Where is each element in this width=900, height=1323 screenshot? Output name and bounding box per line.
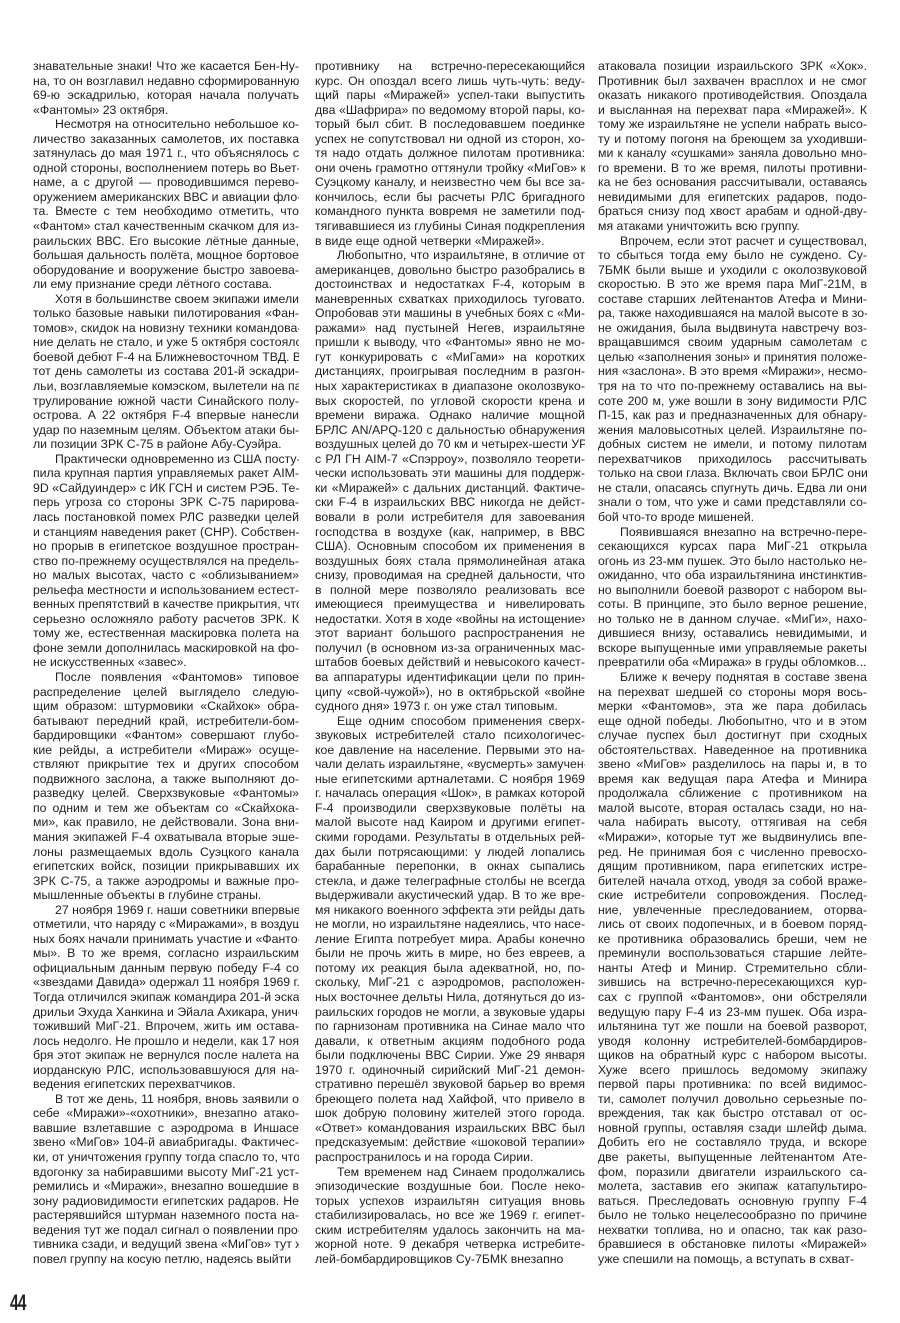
text-line: тивника сзади, и ведущий звена «МиГов» т… xyxy=(33,1237,299,1252)
text-line: были подключены ВВС Сирии. Уже 29 января xyxy=(315,1048,585,1063)
text-line: жорной ноте. 9 декабря четверка истребит… xyxy=(315,1237,585,1252)
text-line: ЗРК С-75, а также аэродромы и важные про… xyxy=(33,874,299,889)
text-line: имеющиеся преимущества и нивелировать xyxy=(315,597,585,612)
text-line: венных препятствий в качестве прикрытия,… xyxy=(33,597,299,612)
text-line: фоне земли дополнилась маскировкой на фо… xyxy=(33,641,299,656)
text-line: ваться. Преследовать основную группу F-4 xyxy=(598,1194,867,1209)
text-line: П-15, как раз и предназначенных для обна… xyxy=(598,408,867,423)
text-line: В тот же день, 11 ноября, вновь заявили … xyxy=(33,1092,299,1107)
text-line: господства в воздухе (как, например, в В… xyxy=(315,525,585,540)
text-line: шок добрую половину жителей этого города… xyxy=(315,1106,585,1121)
text-line: но прорыв в египетское воздушное простра… xyxy=(33,539,299,554)
text-line: бреющего полета над Хайфой, что привело … xyxy=(315,1092,585,1107)
text-line: предсказуемым: действие «шоковой терапии… xyxy=(315,1135,585,1150)
text-line: Опробовав эти машины в учебных боях с «М… xyxy=(315,306,585,321)
paragraph: Еще одним способом применения сверх-звук… xyxy=(315,714,585,1165)
text-line: подвижного заслона, а также выполняют до… xyxy=(33,772,299,787)
text-line: торых успехов израильтян ситуация вновь xyxy=(315,1194,585,1209)
text-line: разведку целей. Сверхзвуковые «Фантомы» xyxy=(33,786,299,801)
text-line: этот вариант большого распространения не xyxy=(315,626,585,641)
text-line: ли позиции ЗРК С-75 в районе Абу-Суэйра. xyxy=(33,437,299,452)
text-line: Хуже всего пришлось ведомому экипажу xyxy=(598,1063,867,1078)
text-line: достоинствах и недостатках F-4, которым … xyxy=(315,277,585,292)
text-line: пила крупная партия управляемых ракет AI… xyxy=(33,466,299,481)
paragraph: Впрочем, если этот расчет и существовал,… xyxy=(598,234,867,525)
text-line: томов», скидок на новизну техники команд… xyxy=(33,321,299,336)
text-line: мания экипажей F-4 охватывала вторые эше… xyxy=(33,830,299,845)
text-line: эпизодические воздушные бои. После неко- xyxy=(315,1179,585,1194)
text-line: ским истребителям удалось закончить на м… xyxy=(315,1223,585,1238)
text-line: пришли к выводу, что «Фантомы» явно не м… xyxy=(315,335,585,350)
text-line: оружением американских ВВС и авиации фло… xyxy=(33,190,299,205)
text-line: кие рейды, а истребители «Мираж» осуще- xyxy=(33,743,299,758)
text-line: первой пары противника: по всей видимос- xyxy=(598,1077,867,1092)
text-line: БРЛС AN/APQ-120 с дальностью обнаружения xyxy=(315,423,585,438)
text-line: в виде еще одной четверки «Миражей». xyxy=(315,234,585,249)
text-line: ражами» над пустыней Негев, израильтяне xyxy=(315,321,585,336)
text-line: лей-бомбардировщиков Су-7БМК внезапно xyxy=(315,1252,585,1267)
text-line: дах были потрясающими: у людей лопались xyxy=(315,845,585,860)
paragraph: знавательные знаки! Что же касается Бен-… xyxy=(33,59,299,117)
page-number: 44 xyxy=(10,1290,26,1316)
text-line: ские истребители сопровождения. Послед- xyxy=(598,888,867,903)
text-line: перь угроза со стороны ЗРК С-75 парирова… xyxy=(33,495,299,510)
text-line: мерки «Фантомов», эта же пара добилась xyxy=(598,699,867,714)
text-line: себе «Миражи»-«охотники», внезапно атако… xyxy=(33,1106,299,1121)
text-line: раильских ВВС. Его высокие лётные данные… xyxy=(33,234,299,249)
text-line: уводя колонну истребителей-бомбардиров- xyxy=(598,1034,867,1049)
text-line: лоны размещаемых вдоль Суэцкого канала xyxy=(33,845,299,860)
text-line: ки «Миражей» с дальних дистанций. Фактич… xyxy=(315,481,585,496)
text-line: 69-ю эскадрилью, которая начала получать xyxy=(33,88,299,103)
text-line: мя атаками уничтожить всю группу. xyxy=(598,219,867,234)
text-line: дящим противником, пара египетских истре… xyxy=(598,859,867,874)
text-line: невидимыми для египетских радаров, подо- xyxy=(598,190,867,205)
text-line: малой высоте над Каиром и другими египет… xyxy=(315,815,585,830)
text-line: ожиданно, что оба израильтянина инстинкт… xyxy=(598,568,867,583)
text-line: ные египетскими артналетами. С ноября 19… xyxy=(315,772,585,787)
text-line: одной стороны, восполнением потерь во Вь… xyxy=(33,161,299,176)
text-line: ление Египта потребует мира. Арабы конеч… xyxy=(315,932,585,947)
text-line: маневренных схватках приходилось туговат… xyxy=(315,292,585,307)
text-line: давали, к ответным акциям подобного рода xyxy=(315,1034,585,1049)
text-line: острова. А 22 октября F-4 впервые нанесл… xyxy=(33,408,299,423)
text-line: «Фантомы» 23 октября. xyxy=(33,103,299,118)
text-line: дившиеся внизу, оставались невидимыми, и xyxy=(598,626,867,641)
text-line: Хотя в большинстве своем экипажи имели xyxy=(33,292,299,307)
text-line: было не только нецелесообразно по причин… xyxy=(598,1208,867,1223)
text-line: не ожидания, была выдвинута навстречу во… xyxy=(598,321,867,336)
text-line: вдогонку за набиравшими высоту МиГ-21 ус… xyxy=(33,1165,299,1180)
text-line: ред. Не принимая боя с численно превосхо… xyxy=(598,845,867,860)
text-line: зившись на встречно-пересекающихся кур- xyxy=(598,975,867,990)
text-line: недостатки. Хотя в ходе «войны на истоще… xyxy=(315,612,585,627)
text-line: чески использовать эти машины для поддер… xyxy=(315,466,585,481)
text-line: «Фантом» стал качественным скачком для и… xyxy=(33,219,299,234)
text-line: ли ему признание среди лётного состава. xyxy=(33,277,299,292)
text-line: не стали, опасаясь спугнуть дичь. Едва л… xyxy=(598,481,867,496)
text-line: оборудование и вооружение быстро завоева… xyxy=(33,263,299,278)
text-line: случае пуспех был достигнут при сходных xyxy=(598,728,867,743)
text-line: Появившаяся внезапно на встречно-пере- xyxy=(598,525,867,540)
text-line: командного пункта вовремя не заметили по… xyxy=(315,204,585,219)
text-line: серьезно осложняло работу расчетов ЗРК. … xyxy=(33,612,299,627)
text-line: ту и потому погоня на бреющем за уходивш… xyxy=(598,132,867,147)
text-line: щий пары «Миражей» успел-таки выпустить xyxy=(315,88,585,103)
text-line: кончилось, если бы расчеты РЛС бригадног… xyxy=(315,190,585,205)
text-line: по гарнизонам противника на Синае мало ч… xyxy=(315,1019,585,1034)
text-line: вых скоростей, по угловой скорости крена… xyxy=(315,394,585,409)
text-line: мышленные объекты в глубине страны. xyxy=(33,888,299,903)
text-line: наме, а с другой — проводившимся перево- xyxy=(33,175,299,190)
paragraph: Хотя в большинстве своем экипажи имелито… xyxy=(33,292,299,452)
text-line: 27 ноября 1969 г. наши советники впервые xyxy=(33,903,299,918)
text-line: соты. В принципе, это было верное решени… xyxy=(598,597,867,612)
text-line: ведения тут же подал сигнал о появлении … xyxy=(33,1223,299,1238)
text-line: личество заказанных самолетов, их постав… xyxy=(33,132,299,147)
text-line: знавательные знаки! Что же касается Бен-… xyxy=(33,59,299,74)
text-line: браться снизу под хвост арабам и одной-д… xyxy=(598,204,867,219)
text-line: повел группу на косую петлю, надеясь вый… xyxy=(33,1252,299,1267)
text-line: ных боях начали принимать участие и «Фан… xyxy=(33,932,299,947)
text-line: ски F-4 в израильских ВВС никогда не дей… xyxy=(315,495,585,510)
text-line: и станциям наведения ракет (СНР). Собств… xyxy=(33,525,299,540)
text-line: ми», как правило, не действовали. Зона в… xyxy=(33,815,299,830)
text-line: ние делать не стало, и уже 5 октября сос… xyxy=(33,335,299,350)
text-line: лись от своих подопечных, и в боевом пор… xyxy=(598,917,867,932)
text-line: «Ответ» командования израильских ВВС был xyxy=(315,1121,585,1136)
text-line: тому же израильтяне не успели набрать вы… xyxy=(598,117,867,132)
text-line: успех не сопутствовал ни одной из сторон… xyxy=(315,132,585,147)
text-line: скоростью. В это же время пара МиГ-21М, … xyxy=(598,277,867,292)
text-line: воздушных боях стала прямолинейная атака xyxy=(315,554,585,569)
text-line: растерявшийся штурман наземного поста на… xyxy=(33,1208,299,1223)
text-line: батывают передний край, истребители-бом- xyxy=(33,714,299,729)
text-line: гут конкурировать с «МиГами» на коротких xyxy=(315,350,585,365)
text-line: стративно перешёл звуковой барьер во вре… xyxy=(315,1077,585,1092)
text-line: времени виража. Однако наличие мощной xyxy=(315,408,585,423)
text-line: звено «МиГов» разделилось на пары и, в т… xyxy=(598,757,867,772)
text-line: только базовые навыки пилотирования «Фан… xyxy=(33,306,299,321)
text-line: стабилизировалась, но все же 1969 г. еги… xyxy=(315,1208,585,1223)
text-line: ми к каналу «сушками» заняла довольно мн… xyxy=(598,146,867,161)
text-line: ципу «свой-чужой»), но в октябрьской «во… xyxy=(315,685,585,700)
text-line: не могли, но израильтяне надеялись, что … xyxy=(315,917,585,932)
text-line: ра, также находившаяся на малой высоте в… xyxy=(598,306,867,321)
text-line: барабанные перепонки, в окнах сыпались xyxy=(315,859,585,874)
text-line: ва аппаратуры идентификации цели по прин… xyxy=(315,670,585,685)
text-line: только на свои глаза. Включать свои БРЛС… xyxy=(598,466,867,481)
text-line: судного дня» 1973 г. он уже стал типовым… xyxy=(315,699,585,714)
text-line: но малых высотах, часто с «облизыванием» xyxy=(33,568,299,583)
text-line: та. Вместе с тем необходимо отметить, чт… xyxy=(33,204,299,219)
text-line: перехватчиков приходилось рассчитывать xyxy=(598,452,867,467)
text-line: щиков на обратный курс с набором высоты. xyxy=(598,1048,867,1063)
text-line: Тогда отличился экипаж командира 201-й э… xyxy=(33,990,299,1005)
paragraph: После появления «Фантомов» типовоераспре… xyxy=(33,670,299,903)
paragraph: 27 ноября 1969 г. наши советники впервые… xyxy=(33,903,299,1092)
text-line: Добить его не составляло труда, и вскоре xyxy=(598,1135,867,1150)
text-line: раильских городов не могли, а звуковые у… xyxy=(315,1005,585,1020)
text-line: тягивавшиеся из глубины Синая подкреплен… xyxy=(315,219,585,234)
paragraph: противнику на встречно-пересекающийсякур… xyxy=(315,59,585,248)
text-line: они очень грамотно оттянули тройку «МиГо… xyxy=(315,161,585,176)
text-line: по одним и тем же объектам со «Скайхока- xyxy=(33,801,299,816)
text-line: скольку, МиГ-21 с аэродромов, расположен… xyxy=(315,975,585,990)
magazine-page: знавательные знаки! Что же касается Бен-… xyxy=(0,0,900,1323)
text-line: отметили, что наряду с «Миражами», в воз… xyxy=(33,917,299,932)
text-line: большая дальность полёта, мощное бортово… xyxy=(33,248,299,263)
text-line: противнику на встречно-пересекающийся xyxy=(315,59,585,74)
text-line: сах с группой «Фантомов», они обстреляли xyxy=(598,990,867,1005)
text-line: удар по наземным целям. Объектом атаки б… xyxy=(33,423,299,438)
text-line: бителей начала отход, уводя за собой вра… xyxy=(598,874,867,889)
text-line: Тем временем над Синаем продолжались xyxy=(315,1165,585,1180)
text-column-left: знавательные знаки! Что же касается Бен-… xyxy=(33,59,299,1266)
text-line: ки, от уничтожения группу тогда спасло т… xyxy=(33,1150,299,1165)
text-line: бардировщики «Фантом» совершают глубо- xyxy=(33,728,299,743)
text-line: 7БМК были выше и уходили с околозвуковой xyxy=(598,263,867,278)
text-line: ти, самолет получил довольно серьезные п… xyxy=(598,1092,867,1107)
text-line: новной группы, оставляя сзади шлейф дыма… xyxy=(598,1121,867,1136)
text-line: Несмотря на относительно небольшое ко- xyxy=(33,117,299,132)
text-line: два «Шафрира» по ведомому второй пары, к… xyxy=(315,103,585,118)
text-line: то сбыться тогда ему было не суждено. Су… xyxy=(598,248,867,263)
text-line: стекла, и даже телеграфные столбы не все… xyxy=(315,874,585,889)
text-line: лась постановкой помех РЛС разведки целе… xyxy=(33,510,299,525)
text-line: 9D «Сайдуиндер» с ИК ГСН и систем РЭБ. Т… xyxy=(33,481,299,496)
text-line: Любопытно, что израильтяне, в отличие от xyxy=(315,248,585,263)
text-line: «Миражи», которые тут же выдвинулись впе… xyxy=(598,830,867,845)
text-line: Практически одновременно из США посту- xyxy=(33,452,299,467)
text-line: соте 200 м, уже вошли в зону видимости Р… xyxy=(598,394,867,409)
text-line: зону радиовидимости египетских радаров. … xyxy=(33,1194,299,1209)
paragraph: Несмотря на относительно небольшое ко-ли… xyxy=(33,117,299,292)
text-line: секающихся курсах пара МиГ-21 открыла xyxy=(598,539,867,554)
text-line: Ближе к вечеру поднятая в составе звена xyxy=(598,670,867,685)
text-line: ния «заслона». В это время «Миражи», нес… xyxy=(598,364,867,379)
text-line: но только не в данном случае. «МиГи», на… xyxy=(598,612,867,627)
text-line: на, то он возглавил недавно сформированн… xyxy=(33,74,299,89)
text-line: получил (в основном из-за ограниченных м… xyxy=(315,641,585,656)
text-line: составе старших лейтенантов Атефа и Мини… xyxy=(598,292,867,307)
text-line: были не прочь жить в мире, но без евреев… xyxy=(315,946,585,961)
paragraph: Практически одновременно из США посту-пи… xyxy=(33,452,299,670)
text-line: две ракеты, выпущенные лейтенантом Ате- xyxy=(598,1150,867,1165)
text-line: рельефа местности и использованием естес… xyxy=(33,583,299,598)
text-line: ние, увлеченные преследованием, оторва- xyxy=(598,903,867,918)
text-line: го времени. В то же время, пилоты против… xyxy=(598,161,867,176)
text-line: мя никакого военного эффекта эти рейды д… xyxy=(315,903,585,918)
text-line: Впрочем, если этот расчет и существовал, xyxy=(598,234,867,249)
text-line: ремились и «Миражи», внезапно вошедшие в xyxy=(33,1179,299,1194)
text-line: льи, возглавляемые комэском, вылетели на… xyxy=(33,379,299,394)
text-column-right: атаковала позиции израильского ЗРК «Хок»… xyxy=(598,59,867,1266)
paragraph: атаковала позиции израильского ЗРК «Хок»… xyxy=(598,59,867,234)
text-line: мы». В то же время, согласно израильским xyxy=(33,946,299,961)
paragraph: Появившаяся внезапно на встречно-пере-се… xyxy=(598,525,867,670)
text-line: в полной мере позволяло реализовать все xyxy=(315,583,585,598)
text-line: не искусственных «завес». xyxy=(33,655,299,670)
text-line: «звездами Давида» одержал 11 ноября 1969… xyxy=(33,975,299,990)
text-line: скими городами. Результаты в отдельных р… xyxy=(315,830,585,845)
text-line: дрильи Эхуда Ханкина и Эйала Ахикара, ун… xyxy=(33,1005,299,1020)
text-line: дистанциях, проигрывая последним в разго… xyxy=(315,364,585,379)
text-line: ке противника образовались бреши, чем не xyxy=(598,932,867,947)
text-line: тоживший МиГ-21. Впрочем, жить им остава… xyxy=(33,1019,299,1034)
paragraph: Тем временем над Синаем продолжалисьэпиз… xyxy=(315,1165,585,1267)
text-line: затянулась до мая 1971 г., что объясняло… xyxy=(33,146,299,161)
text-line: г. началась операция «Шок», в рамках кот… xyxy=(315,786,585,801)
text-line: распространилось и на города Сирии. xyxy=(315,1150,585,1165)
text-line: атаковала позиции израильского ЗРК «Хок»… xyxy=(598,59,867,74)
text-line: с РЛ ГН AIM-7 «Спэрроу», позволяло теоре… xyxy=(315,452,585,467)
text-line: ство по-прежнему осуществлялся на предел… xyxy=(33,554,299,569)
text-line: малой высоте, вторая осталась сзади, но … xyxy=(598,801,867,816)
text-line: США). Основным способом их применения в xyxy=(315,539,585,554)
text-line: потому их реакция была адекватной, но, п… xyxy=(315,961,585,976)
text-line: добных систем не имели, и потому пилотам xyxy=(598,437,867,452)
text-line: ведущую пару F-4 из 23-мм пушек. Оба изр… xyxy=(598,1005,867,1020)
text-line: преминули воспользоваться старшие лейте- xyxy=(598,946,867,961)
text-line: бравшиеся в обстановке пилоты «Миражей» xyxy=(598,1237,867,1252)
text-line: чала набирать высоту, оттягивая на себя xyxy=(598,815,867,830)
text-line: нехватки топлива, но и опасно, так как р… xyxy=(598,1223,867,1238)
text-line: чали делать израильтяне, «вусмерть» заму… xyxy=(315,757,585,772)
text-line: оказать никакого противодействия. Опозда… xyxy=(598,88,867,103)
text-line: звуковых истребителей стало психологичес… xyxy=(315,728,585,743)
text-line: уже спешили на помощь, а вступать в схва… xyxy=(598,1252,867,1267)
text-line: официальным данным первую победу F-4 со xyxy=(33,961,299,976)
text-line: нанты Атеф и Минир. Стремительно сбли- xyxy=(598,961,867,976)
text-line: F-4 производили сверхзвуковые полёты на xyxy=(315,801,585,816)
text-line: Еще одним способом применения сверх- xyxy=(315,714,585,729)
text-line: ка не без основания рассчитывали, остава… xyxy=(598,175,867,190)
text-line: выдерживали акустический удар. В то же в… xyxy=(315,888,585,903)
text-line: воздушных целей до 70 км и четырех-шести… xyxy=(315,437,585,452)
text-line: но выполнили боевой разворот с набором в… xyxy=(598,583,867,598)
text-line: звено «МиГов» 104-й авиабригады. Фактиче… xyxy=(33,1135,299,1150)
text-line: тот день самолеты из состава 201-й эскад… xyxy=(33,364,299,379)
text-line: молета, заставив его экипаж катапультиро… xyxy=(598,1179,867,1194)
text-line: превратили оба «Миража» в груды обломков… xyxy=(598,655,867,670)
text-line: штабов боевых действий и невысокого каче… xyxy=(315,655,585,670)
text-line: ильтянина тут же пошли на боевой разворо… xyxy=(598,1019,867,1034)
text-line: фом, поразили двигатели израильского са- xyxy=(598,1165,867,1180)
text-line: вскоре выпущенные ими управляемые ракеты xyxy=(598,641,867,656)
text-line: тому же, естественная маскировка полета … xyxy=(33,626,299,641)
text-line: ных восточнее дельты Нила, дотянуться до… xyxy=(315,990,585,1005)
text-line: жения маловысотных целей. Израильтяне по… xyxy=(598,423,867,438)
text-line: курс. Он опоздал всего лишь чуть-чуть: в… xyxy=(315,74,585,89)
text-line: боевой дебют F-4 на Ближневосточном ТВД.… xyxy=(33,350,299,365)
text-line: вовали в роли истребителя для завоевания xyxy=(315,510,585,525)
text-line: бря этот экипаж не вернулся после налета… xyxy=(33,1048,299,1063)
text-line: вавшие взлетавшие с аэродрома в Иншасе xyxy=(33,1121,299,1136)
text-line: продолжала сближение с противником на xyxy=(598,786,867,801)
text-line: трулирование южной части Синайского полу… xyxy=(33,394,299,409)
text-line: целью «заполнения зоны» и принятия полож… xyxy=(598,350,867,365)
text-column-middle: противнику на встречно-пересекающийсякур… xyxy=(315,59,585,1266)
text-line: иорданскую РЛС, использовавшуюся для на- xyxy=(33,1063,299,1078)
text-line: египетских войск, позиции прикрывавших и… xyxy=(33,859,299,874)
paragraph: В тот же день, 11 ноября, вновь заявили … xyxy=(33,1092,299,1267)
paragraph: Любопытно, что израильтяне, в отличие от… xyxy=(315,248,585,714)
text-line: американцев, довольно быстро разобрались… xyxy=(315,263,585,278)
text-line: еще одной победы. Любопытно, что и в это… xyxy=(598,714,867,729)
text-line: торый был сбит. В последовавшем поединке xyxy=(315,117,585,132)
text-line: тря на то что по-прежнему оставались на … xyxy=(598,379,867,394)
text-line: и высланная на перехват пара «Миражей». … xyxy=(598,103,867,118)
text-line: тя надо отдать должное пилотам противник… xyxy=(315,146,585,161)
text-line: После появления «Фантомов» типовое xyxy=(33,670,299,685)
text-line: на перехват шедшей со стороны моря вось- xyxy=(598,685,867,700)
paragraph: Ближе к вечеру поднятая в составе звенан… xyxy=(598,670,867,1266)
text-line: снизу, проводимая на средней дальности, … xyxy=(315,568,585,583)
text-line: Суэцкому каналу, и неизвестно чем бы все… xyxy=(315,175,585,190)
text-line: знали о том, что уже и сами представляли… xyxy=(598,495,867,510)
text-line: вращавшимся своим ударным самолетам с xyxy=(598,335,867,350)
text-line: бой что-то вроде мишеней. xyxy=(598,510,867,525)
text-line: щим образом: штурмовики «Скайхок» обра- xyxy=(33,699,299,714)
text-line: ствляют прикрытие тех и других способом xyxy=(33,757,299,772)
text-line: кое давление на население. Первыми это н… xyxy=(315,743,585,758)
text-line: Противник был захвачен врасплох и не смо… xyxy=(598,74,867,89)
text-line: лось недолго. Не прошло и недели, как 17… xyxy=(33,1034,299,1049)
text-line: огонь из 23-мм пушек. Это было настолько… xyxy=(598,554,867,569)
text-line: ведения египетских перехватчиков. xyxy=(33,1077,299,1092)
text-line: обстоятельствах. Наведенное на противник… xyxy=(598,743,867,758)
text-line: вреждения, так как быстро отставал от ос… xyxy=(598,1106,867,1121)
text-line: ных характеристиках в диапазоне околозву… xyxy=(315,379,585,394)
text-line: 1970 г. одиночный сирийский МиГ-21 демон… xyxy=(315,1063,585,1078)
text-line: распределение целей выглядело следую- xyxy=(33,685,299,700)
text-line: время как ведущая пара Атефа и Минира xyxy=(598,772,867,787)
